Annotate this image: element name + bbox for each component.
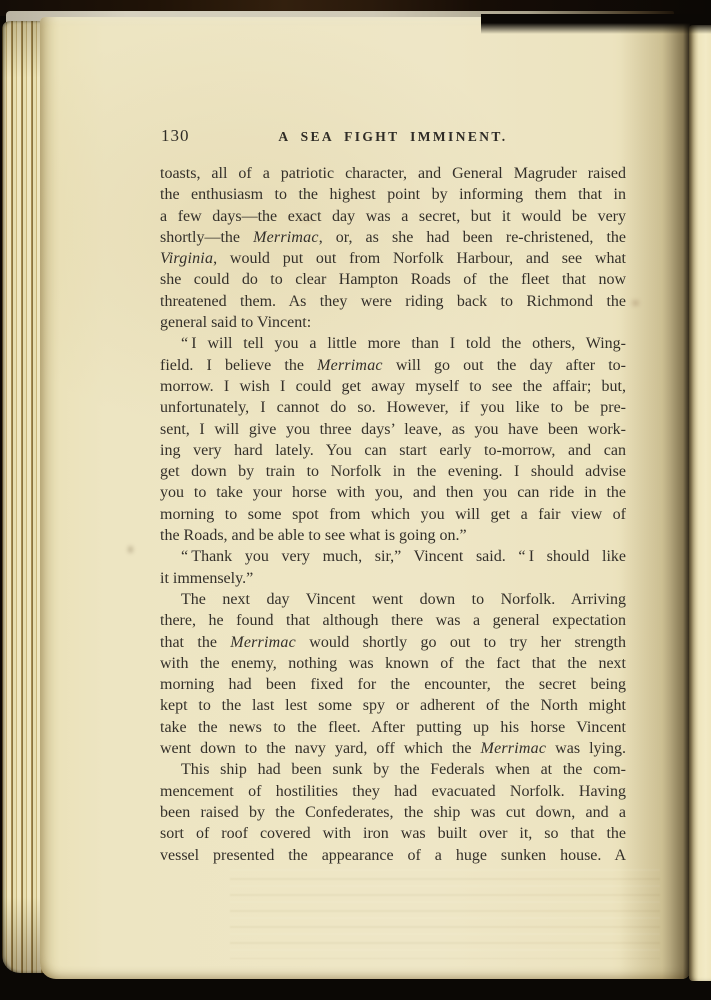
text-line: morning had been fixed for the encounter… (160, 674, 626, 695)
paragraph: This ship had been sunk by the Federals … (160, 759, 626, 865)
text-line: threatened them. As they were riding bac… (160, 291, 626, 312)
text-line: with the enemy, nothing was known of the… (160, 653, 626, 674)
text-line: the enthusiasm to the highest point by i… (160, 184, 626, 205)
text-line: field. I believe the Merrimac will go ou… (160, 355, 626, 376)
text-line: went down to the navy yard, off which th… (160, 738, 626, 759)
text-line: she could do to clear Hampton Roads of t… (160, 269, 626, 290)
text-line: general said to Vincent: (160, 312, 626, 333)
page-number: 130 (161, 126, 190, 146)
text-line: mencement of hostilities they had evacua… (160, 781, 626, 802)
text-line: Virginia, would put out from Norfolk Har… (160, 248, 626, 269)
text-line: shortly—the Merrimac, or, as she had bee… (160, 227, 626, 248)
text-line: morning to some spot from which you will… (160, 504, 626, 525)
page-text: toasts, all of a patriotic character, an… (160, 163, 626, 866)
text-line: take the news to the fleet. After puttin… (160, 717, 626, 738)
text-line: that the Merrimac would shortly go out t… (160, 632, 626, 653)
text-line: “ Thank you very much, sir,” Vincent sai… (160, 546, 626, 567)
text-line: a few days—the exact day was a secret, b… (160, 206, 626, 227)
text-line: it immensely.” (160, 568, 626, 589)
text-line: unfortunately, I cannot do so. However, … (160, 397, 626, 418)
running-header: A SEA FIGHT IMMINENT. (160, 126, 626, 145)
text-line: sent, I will give you three days’ leave,… (160, 419, 626, 440)
paragraph: The next day Vincent went down to Norfol… (160, 589, 626, 759)
text-line: toasts, all of a patriotic character, an… (160, 163, 626, 184)
paragraph: toasts, all of a patriotic character, an… (160, 163, 626, 333)
adjacent-page-edge (689, 25, 711, 981)
text-line: vessel presented the appearance of a hug… (160, 845, 626, 866)
paragraph: “ Thank you very much, sir,” Vincent sai… (160, 546, 626, 589)
text-line: you to take your horse with you, and the… (160, 482, 626, 503)
text-line: the Roads, and be able to see what is go… (160, 525, 626, 546)
text-line: kept to the last lest some spy or adhere… (160, 695, 626, 716)
text-line: there, he found that although there was … (160, 610, 626, 631)
page-curl-highlight (230, 869, 660, 959)
text-line: This ship had been sunk by the Federals … (160, 759, 626, 780)
running-head-row: 130 A SEA FIGHT IMMINENT. (160, 126, 626, 163)
paragraph: “ I will tell you a little more than I t… (160, 333, 626, 546)
text-line: been raised by the Confederates, the shi… (160, 802, 626, 823)
text-line: ing very hard lately. You can start earl… (160, 440, 626, 461)
text-line: morrow. I wish I could get away myself t… (160, 376, 626, 397)
text-line: sort of roof covered with iron was built… (160, 823, 626, 844)
printed-page-content: 130 A SEA FIGHT IMMINENT. toasts, all of… (160, 126, 626, 866)
book-photo: 130 A SEA FIGHT IMMINENT. toasts, all of… (0, 0, 711, 1000)
page-stain (128, 546, 133, 553)
text-line: The next day Vincent went down to Norfol… (160, 589, 626, 610)
top-right-shadow (481, 14, 711, 34)
page-stain (632, 300, 639, 306)
text-line: get down by train to Norfolk in the even… (160, 461, 626, 482)
text-line: “ I will tell you a little more than I t… (160, 333, 626, 354)
